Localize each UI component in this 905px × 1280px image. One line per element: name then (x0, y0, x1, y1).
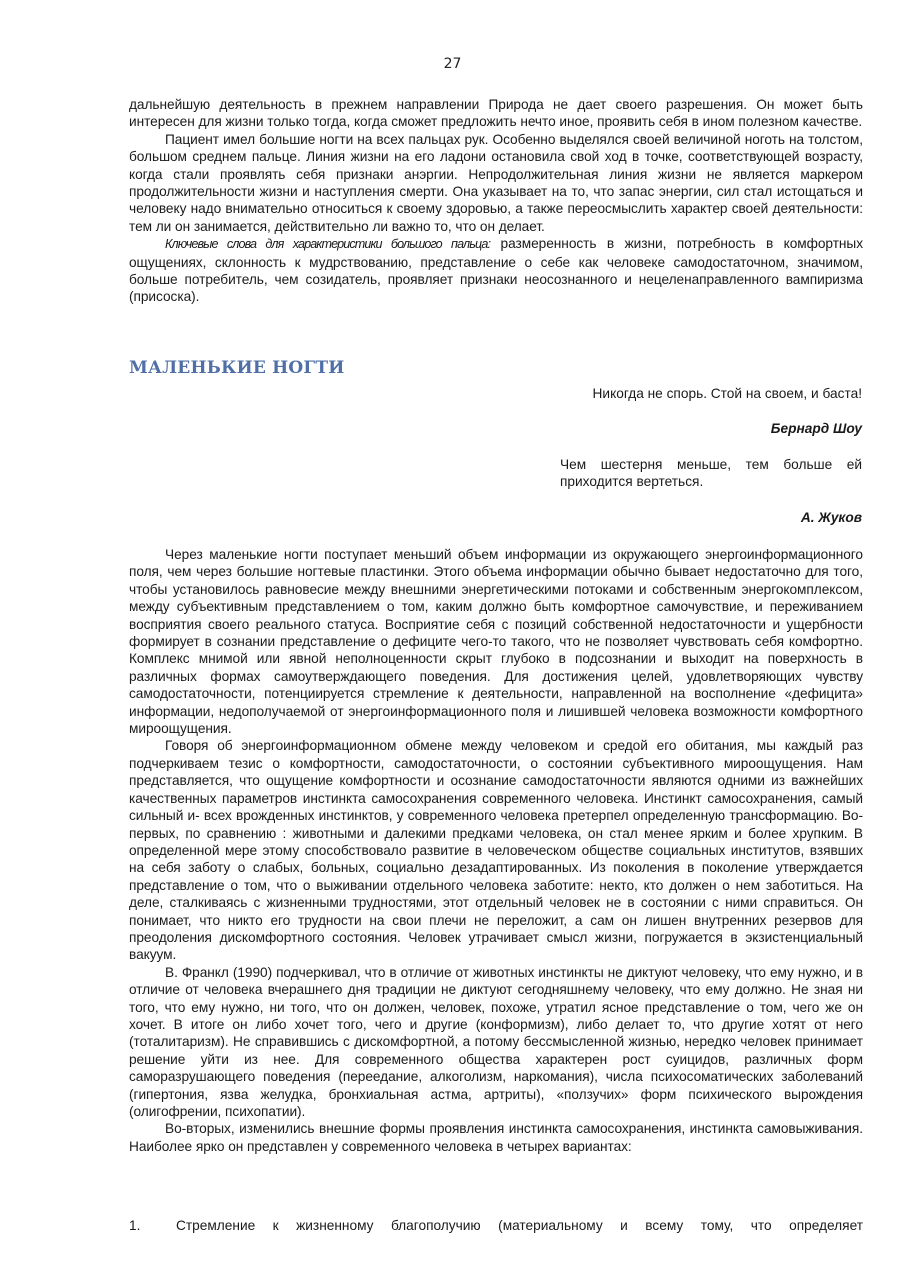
epigraph-1: Никогда не спорь. Стой на своем, и баста… (560, 385, 862, 438)
paragraph: Во-вторых, изменились внешние формы проя… (129, 1120, 863, 1155)
paragraph: В. Франкл (1990) подчеркивал, что в отли… (129, 964, 863, 1121)
page-number: 27 (0, 56, 905, 72)
list-number: 1. (129, 1217, 176, 1234)
epigraph-quote: Чем шестерня меньше, тем больше ей прихо… (560, 456, 862, 491)
list-text: Стремление к жизненному благополучию (ма… (176, 1217, 863, 1234)
document-page: 27 дальнейшую деятельность в прежнем нап… (0, 0, 905, 1280)
epigraph-2: Чем шестерня меньше, тем больше ей прихо… (560, 456, 862, 526)
list-item: 1. Стремление к жизненному благополучию … (129, 1217, 863, 1234)
epigraph-author: А. Жуков (560, 509, 862, 526)
paragraph-patient-case: Пациент имел большие ногти на всех пальц… (129, 131, 863, 235)
section-large-nails-end: дальнейшую деятельность в прежнем направ… (129, 96, 863, 306)
section-heading: МАЛЕНЬКИЕ НОГТИ (129, 358, 344, 378)
paragraph-continuation: дальнейшую деятельность в прежнем направ… (129, 96, 863, 131)
epigraph-quote: Никогда не спорь. Стой на своем, и баста… (560, 385, 862, 402)
paragraph: Через маленькие ногти поступает меньший … (129, 546, 863, 737)
paragraph-keywords: Ключевые слова для характеристики большо… (129, 235, 863, 306)
paragraph: Говоря об энергоинформационном обмене ме… (129, 737, 863, 963)
section-small-nails-body: Через маленькие ногти поступает меньший … (129, 546, 863, 1155)
epigraph-author: Бернард Шоу (560, 420, 862, 437)
keywords-label: Ключевые слова для характеристики большо… (165, 237, 490, 251)
